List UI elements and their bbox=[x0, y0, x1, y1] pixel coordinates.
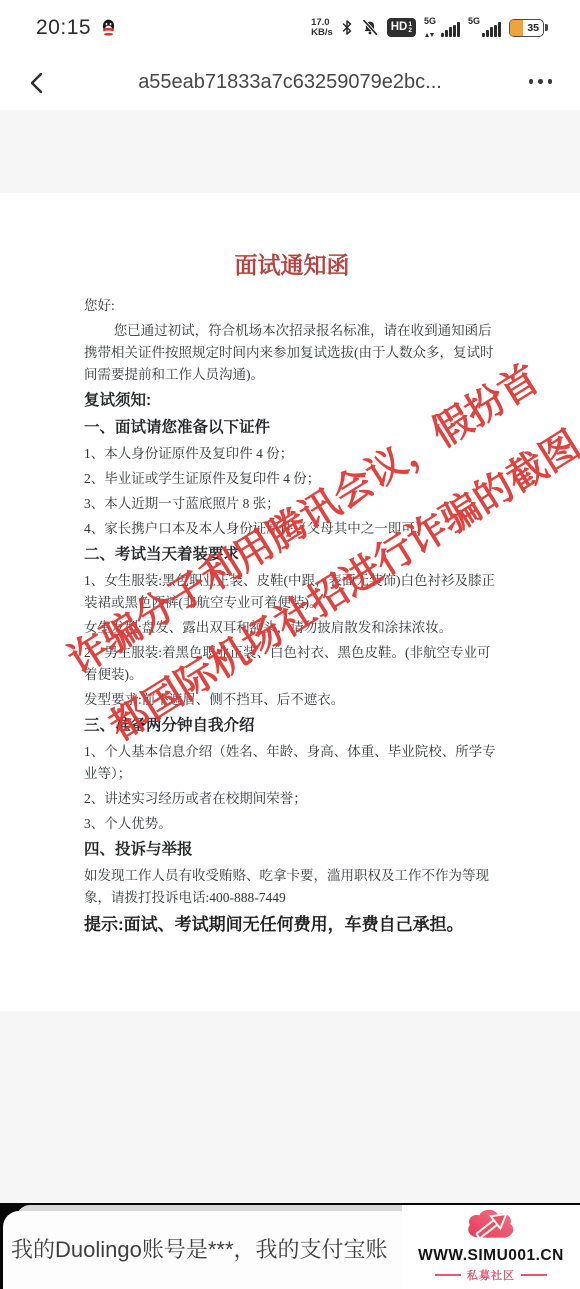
doc-line: 2、毕业证或学生证原件及复印件 4 份； bbox=[84, 468, 500, 490]
doc-line: 1、女生服装:黑色职业正装、皮鞋(中跟，表面无装饰)白色衬衫及膝正装裙或黑色西裤… bbox=[84, 570, 500, 614]
doc-section1-heading: 一、面试请您准备以下证件 bbox=[84, 416, 500, 440]
document-title: 面试通知函 bbox=[84, 251, 500, 281]
page-title: a55eab71833a7c63259079e2bc... bbox=[138, 71, 442, 94]
notification-message: 我的Duolingo账号是***，我的支付宝账 bbox=[11, 1233, 431, 1264]
bluetooth-icon bbox=[341, 19, 353, 36]
site-watermark-badge: WWW.SIMU001.CN 私募社区 bbox=[402, 1205, 580, 1289]
doc-tip: 提示:面试、考试期间无任何费用，车费自己承担。 bbox=[84, 912, 500, 938]
site-community-label: 私募社区 bbox=[467, 1267, 515, 1283]
back-button[interactable] bbox=[22, 69, 50, 97]
data-activity-arrows-icon bbox=[425, 33, 434, 37]
bell-slash-icon bbox=[361, 19, 379, 37]
doc-intro: 您已通过初试，符合机场本次招录报名标准，请在收到通知函后携带相关证件按照规定时间… bbox=[84, 320, 500, 386]
doc-line: 发型要求:前不遮眉、侧不挡耳、后不遮衣。 bbox=[84, 689, 500, 711]
phone-screen: 20:15 17.0 KB/s bbox=[0, 0, 580, 1289]
network-speed: 17.0 KB/s bbox=[311, 18, 333, 38]
signal-bars-icon bbox=[441, 22, 460, 37]
battery-icon: 35 bbox=[509, 19, 544, 37]
site-community-row: 私募社区 bbox=[435, 1267, 547, 1283]
chevron-left-icon bbox=[29, 72, 43, 94]
doc-section3-heading: 三、准备两分钟自我介绍 bbox=[84, 714, 500, 738]
doc-notice-heading: 复试须知: bbox=[84, 389, 500, 413]
cloud-growth-arrow-icon bbox=[462, 1205, 520, 1250]
doc-line: 3、个人优势。 bbox=[84, 813, 500, 835]
doc-section2-heading: 二、考试当天着装要求 bbox=[84, 543, 500, 567]
doc-line: 4、家长携户口本及本人身份证原件（父母其中之一即可） bbox=[84, 518, 500, 540]
doc-line: 女生发型:盘发、露出双耳和额头，请勿披肩散发和涂抹浓妆。 bbox=[84, 617, 500, 639]
ellipsis-icon bbox=[529, 79, 534, 84]
doc-greeting: 您好: bbox=[84, 295, 500, 317]
signal-sim2-5g: 5G bbox=[468, 16, 501, 40]
clock: 20:15 bbox=[36, 16, 91, 40]
signal-bars-icon bbox=[482, 22, 501, 37]
volte-hd-badge: HD 1 2 bbox=[387, 18, 416, 37]
qq-penguin-icon bbox=[101, 19, 116, 36]
battery-fill bbox=[510, 20, 523, 36]
doc-line: 3、本人近期一寸蓝底照片 8 张； bbox=[84, 493, 500, 515]
more-options-button[interactable] bbox=[525, 75, 557, 88]
document-page: 面试通知函 您好: 您已通过初试，符合机场本次招录报名标准，请在收到通知函后携带… bbox=[0, 193, 580, 1011]
doc-line: 如发现工作人员有收受贿赂、吃拿卡要，滥用职权及工作不作为等现象，请拨打投诉电话:… bbox=[84, 865, 500, 909]
signal-sim1-5g: 5G bbox=[424, 16, 460, 40]
doc-line: 2、男生服装:着黑色职业正装、白色衬衣、黑色皮鞋。(非航空专业可着便装)。 bbox=[84, 642, 500, 686]
doc-line: 1、个人基本信息介绍（姓名、年龄、身高、体重、毕业院校、所学专业等）； bbox=[84, 741, 500, 785]
status-bar: 20:15 17.0 KB/s bbox=[0, 0, 580, 55]
site-url: WWW.SIMU001.CN bbox=[418, 1248, 564, 1264]
doc-line: 2、讲述实习经历或者在校期间荣誉； bbox=[84, 788, 500, 810]
doc-line: 1、本人身份证原件及复印件 4 份； bbox=[84, 443, 500, 465]
nav-bar: a55eab71833a7c63259079e2bc... bbox=[0, 55, 580, 110]
doc-section4-heading: 四、投诉与举报 bbox=[84, 838, 500, 862]
